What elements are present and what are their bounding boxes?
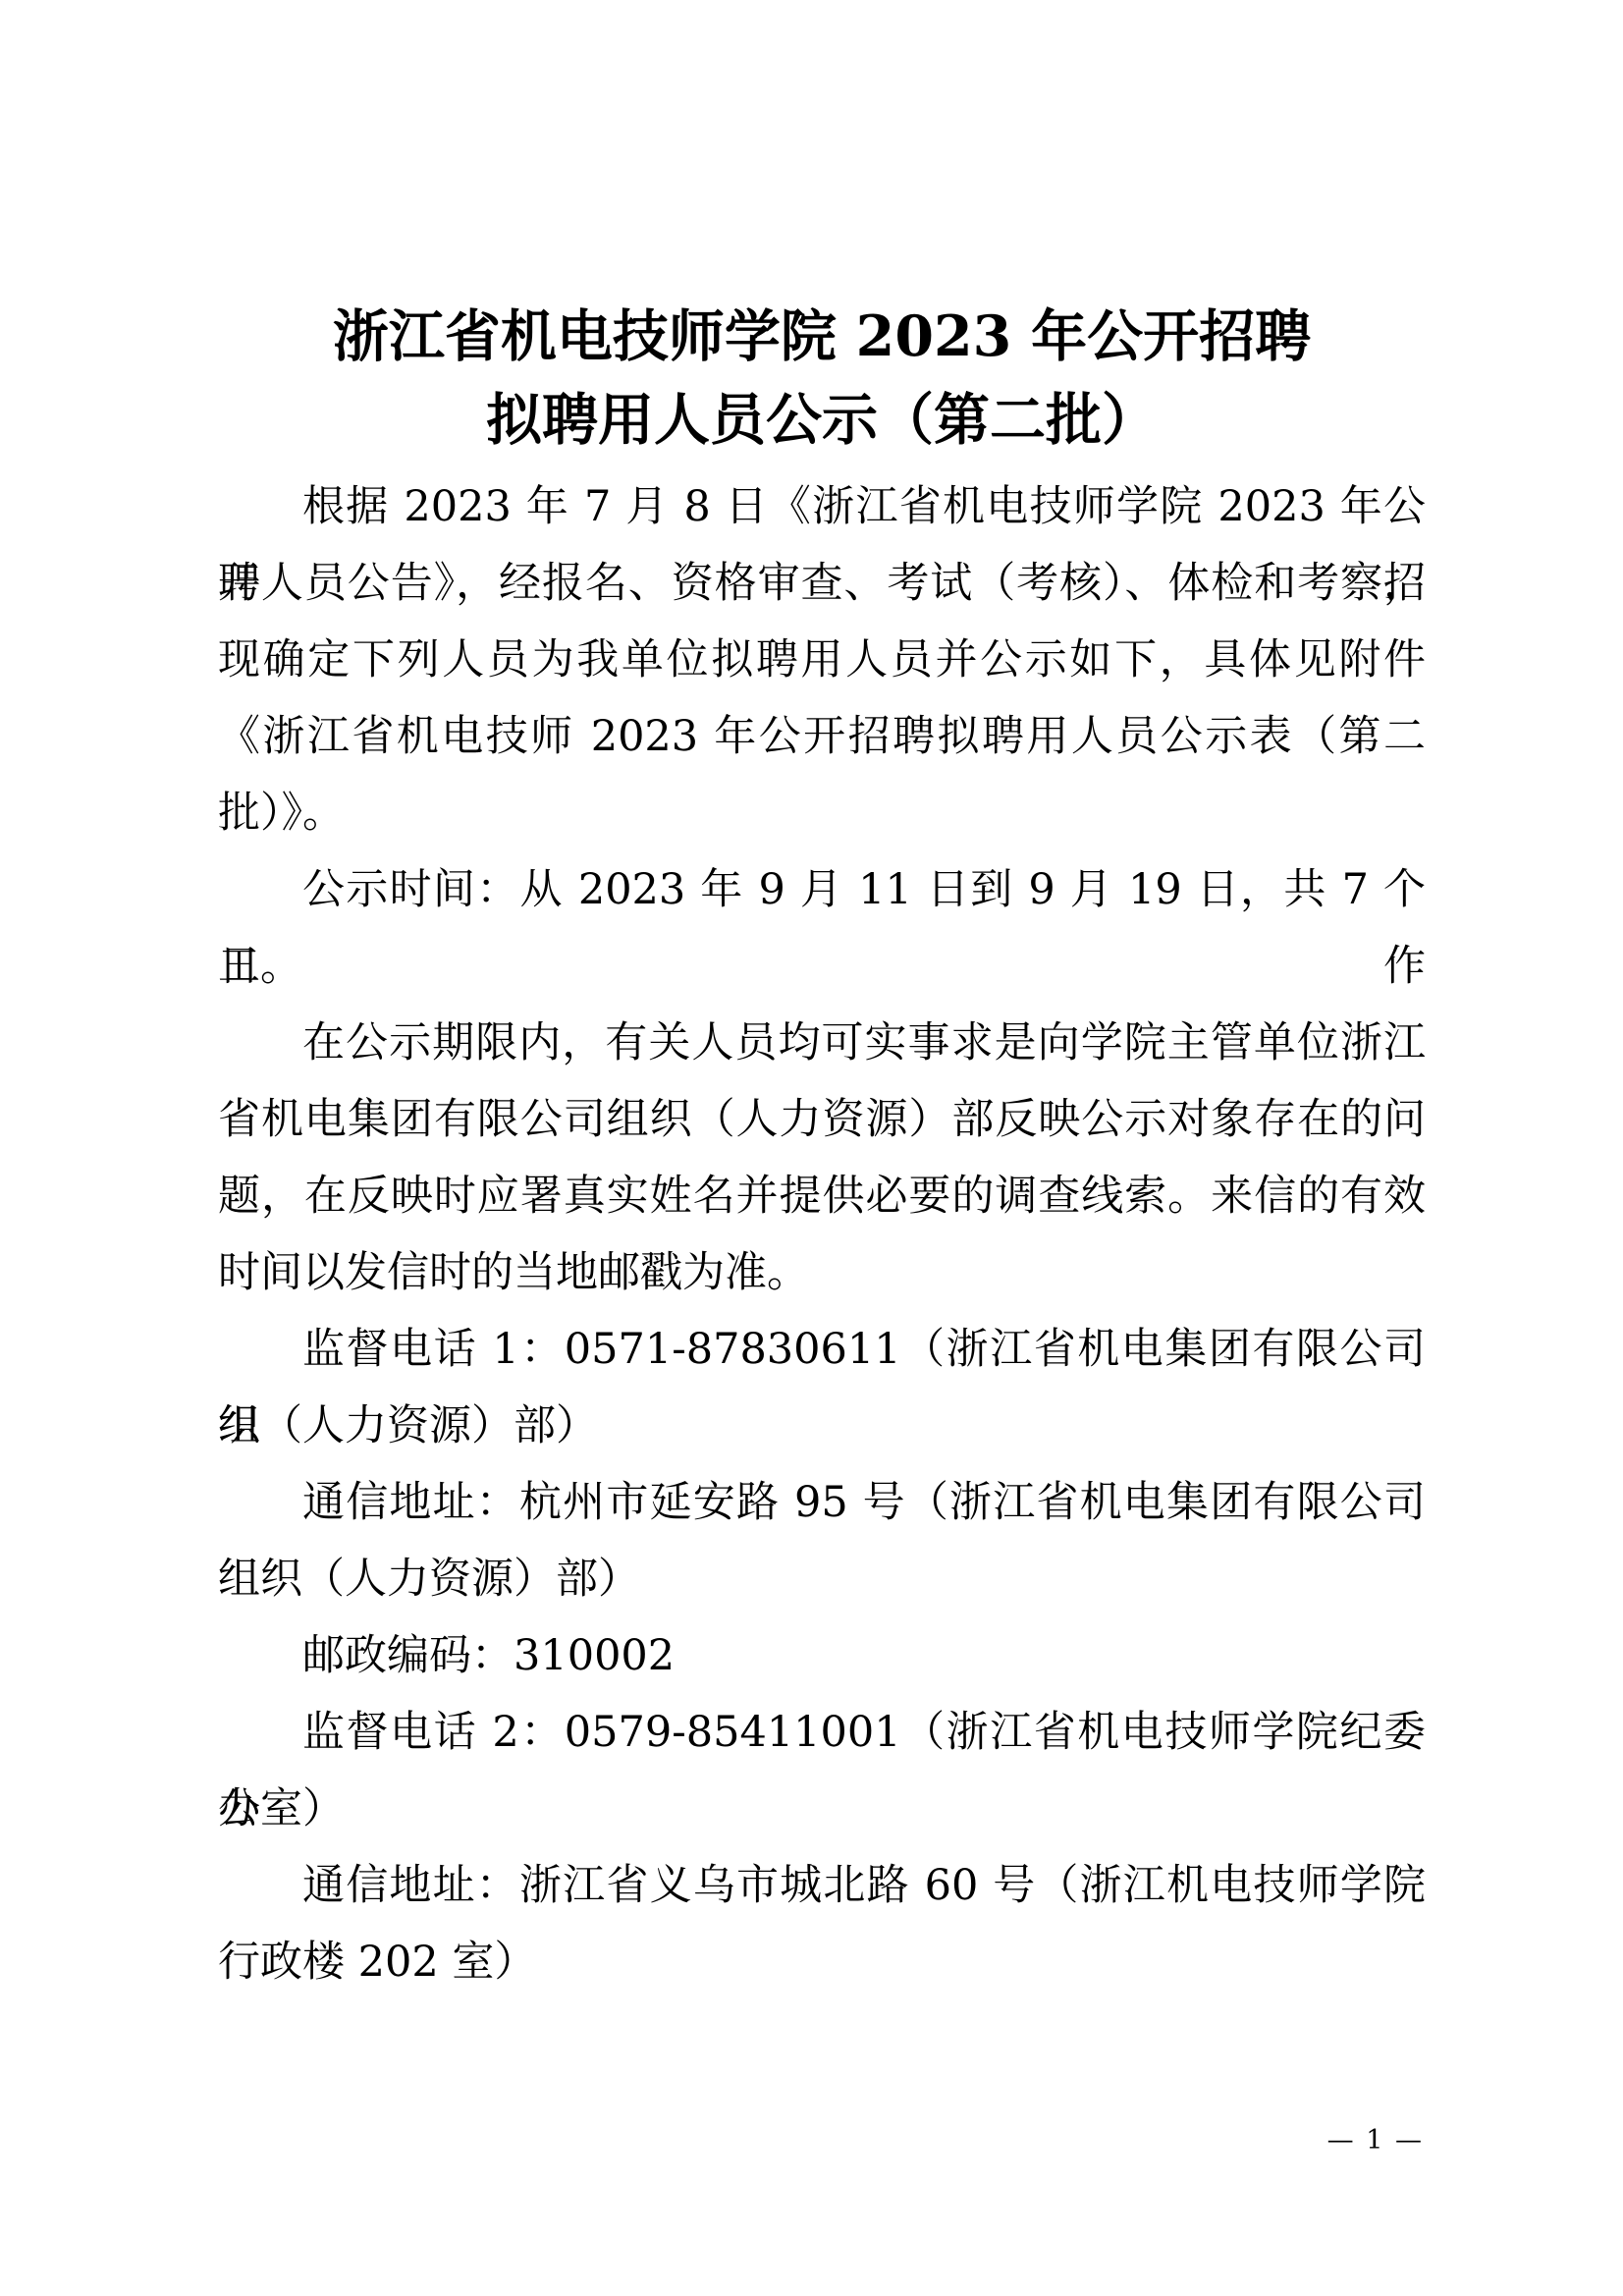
- doc-line: 根据 2023 年 7 月 8 日《浙江省机电技师学院 2023 年公开招: [218, 468, 1426, 545]
- doc-line: 监督电话 1：0571-87830611（浙江省机电集团有限公司组: [218, 1311, 1426, 1388]
- doc-line: 通信地址：杭州市延安路 95 号（浙江省机电集团有限公司: [218, 1464, 1426, 1541]
- document-title-line-1: 浙江省机电技师学院 2023 年公开招聘: [218, 295, 1426, 378]
- doc-line: 公示时间：从 2023 年 9 月 11 日到 9 月 19 日，共 7 个工作: [218, 851, 1426, 928]
- doc-line: 《浙江省机电技师 2023 年公开招聘拟聘用人员公示表（第二: [218, 698, 1426, 775]
- doc-line: 监督电话 2：0579-85411001（浙江省机电技师学院纪委办: [218, 1694, 1426, 1771]
- doc-line: 邮政编码：310002: [218, 1617, 1426, 1694]
- document-body: 根据 2023 年 7 月 8 日《浙江省机电技师学院 2023 年公开招 聘人…: [218, 468, 1426, 2000]
- document-content: 浙江省机电技师学院 2023 年公开招聘 拟聘用人员公示（第二批） 根据 202…: [218, 295, 1426, 2000]
- doc-line: 批）》。: [218, 775, 1426, 851]
- doc-line: 通信地址：浙江省义乌市城北路 60 号（浙江机电技师学院: [218, 1847, 1426, 1924]
- document-title: 浙江省机电技师学院 2023 年公开招聘 拟聘用人员公示（第二批）: [218, 295, 1426, 462]
- doc-line: 现确定下列人员为我单位拟聘用人员并公示如下，具体见附件: [218, 622, 1426, 698]
- doc-line: 省机电集团有限公司组织（人力资源）部反映公示对象存在的问: [218, 1081, 1426, 1158]
- doc-line: 聘人员公告》，经报名、资格审查、考试（考核）、体检和考察，: [218, 545, 1426, 622]
- doc-line: 时间以发信时的当地邮戳为准。: [218, 1234, 1426, 1311]
- page-number: — 1 —: [1327, 2125, 1424, 2157]
- doc-line: 行政楼 202 室）: [218, 1924, 1426, 2000]
- document-title-line-2: 拟聘用人员公示（第二批）: [218, 378, 1426, 462]
- doc-line: 在公示期限内，有关人员均可实事求是向学院主管单位浙江: [218, 1005, 1426, 1081]
- document-page: 浙江省机电技师学院 2023 年公开招聘 拟聘用人员公示（第二批） 根据 202…: [0, 0, 1623, 2296]
- doc-line: 公室）: [218, 1771, 1426, 1847]
- doc-line: 织（人力资源）部）: [218, 1388, 1426, 1464]
- doc-line: 题，在反映时应署真实姓名并提供必要的调查线索。来信的有效: [218, 1158, 1426, 1234]
- doc-line: 组织（人力资源）部）: [218, 1541, 1426, 1617]
